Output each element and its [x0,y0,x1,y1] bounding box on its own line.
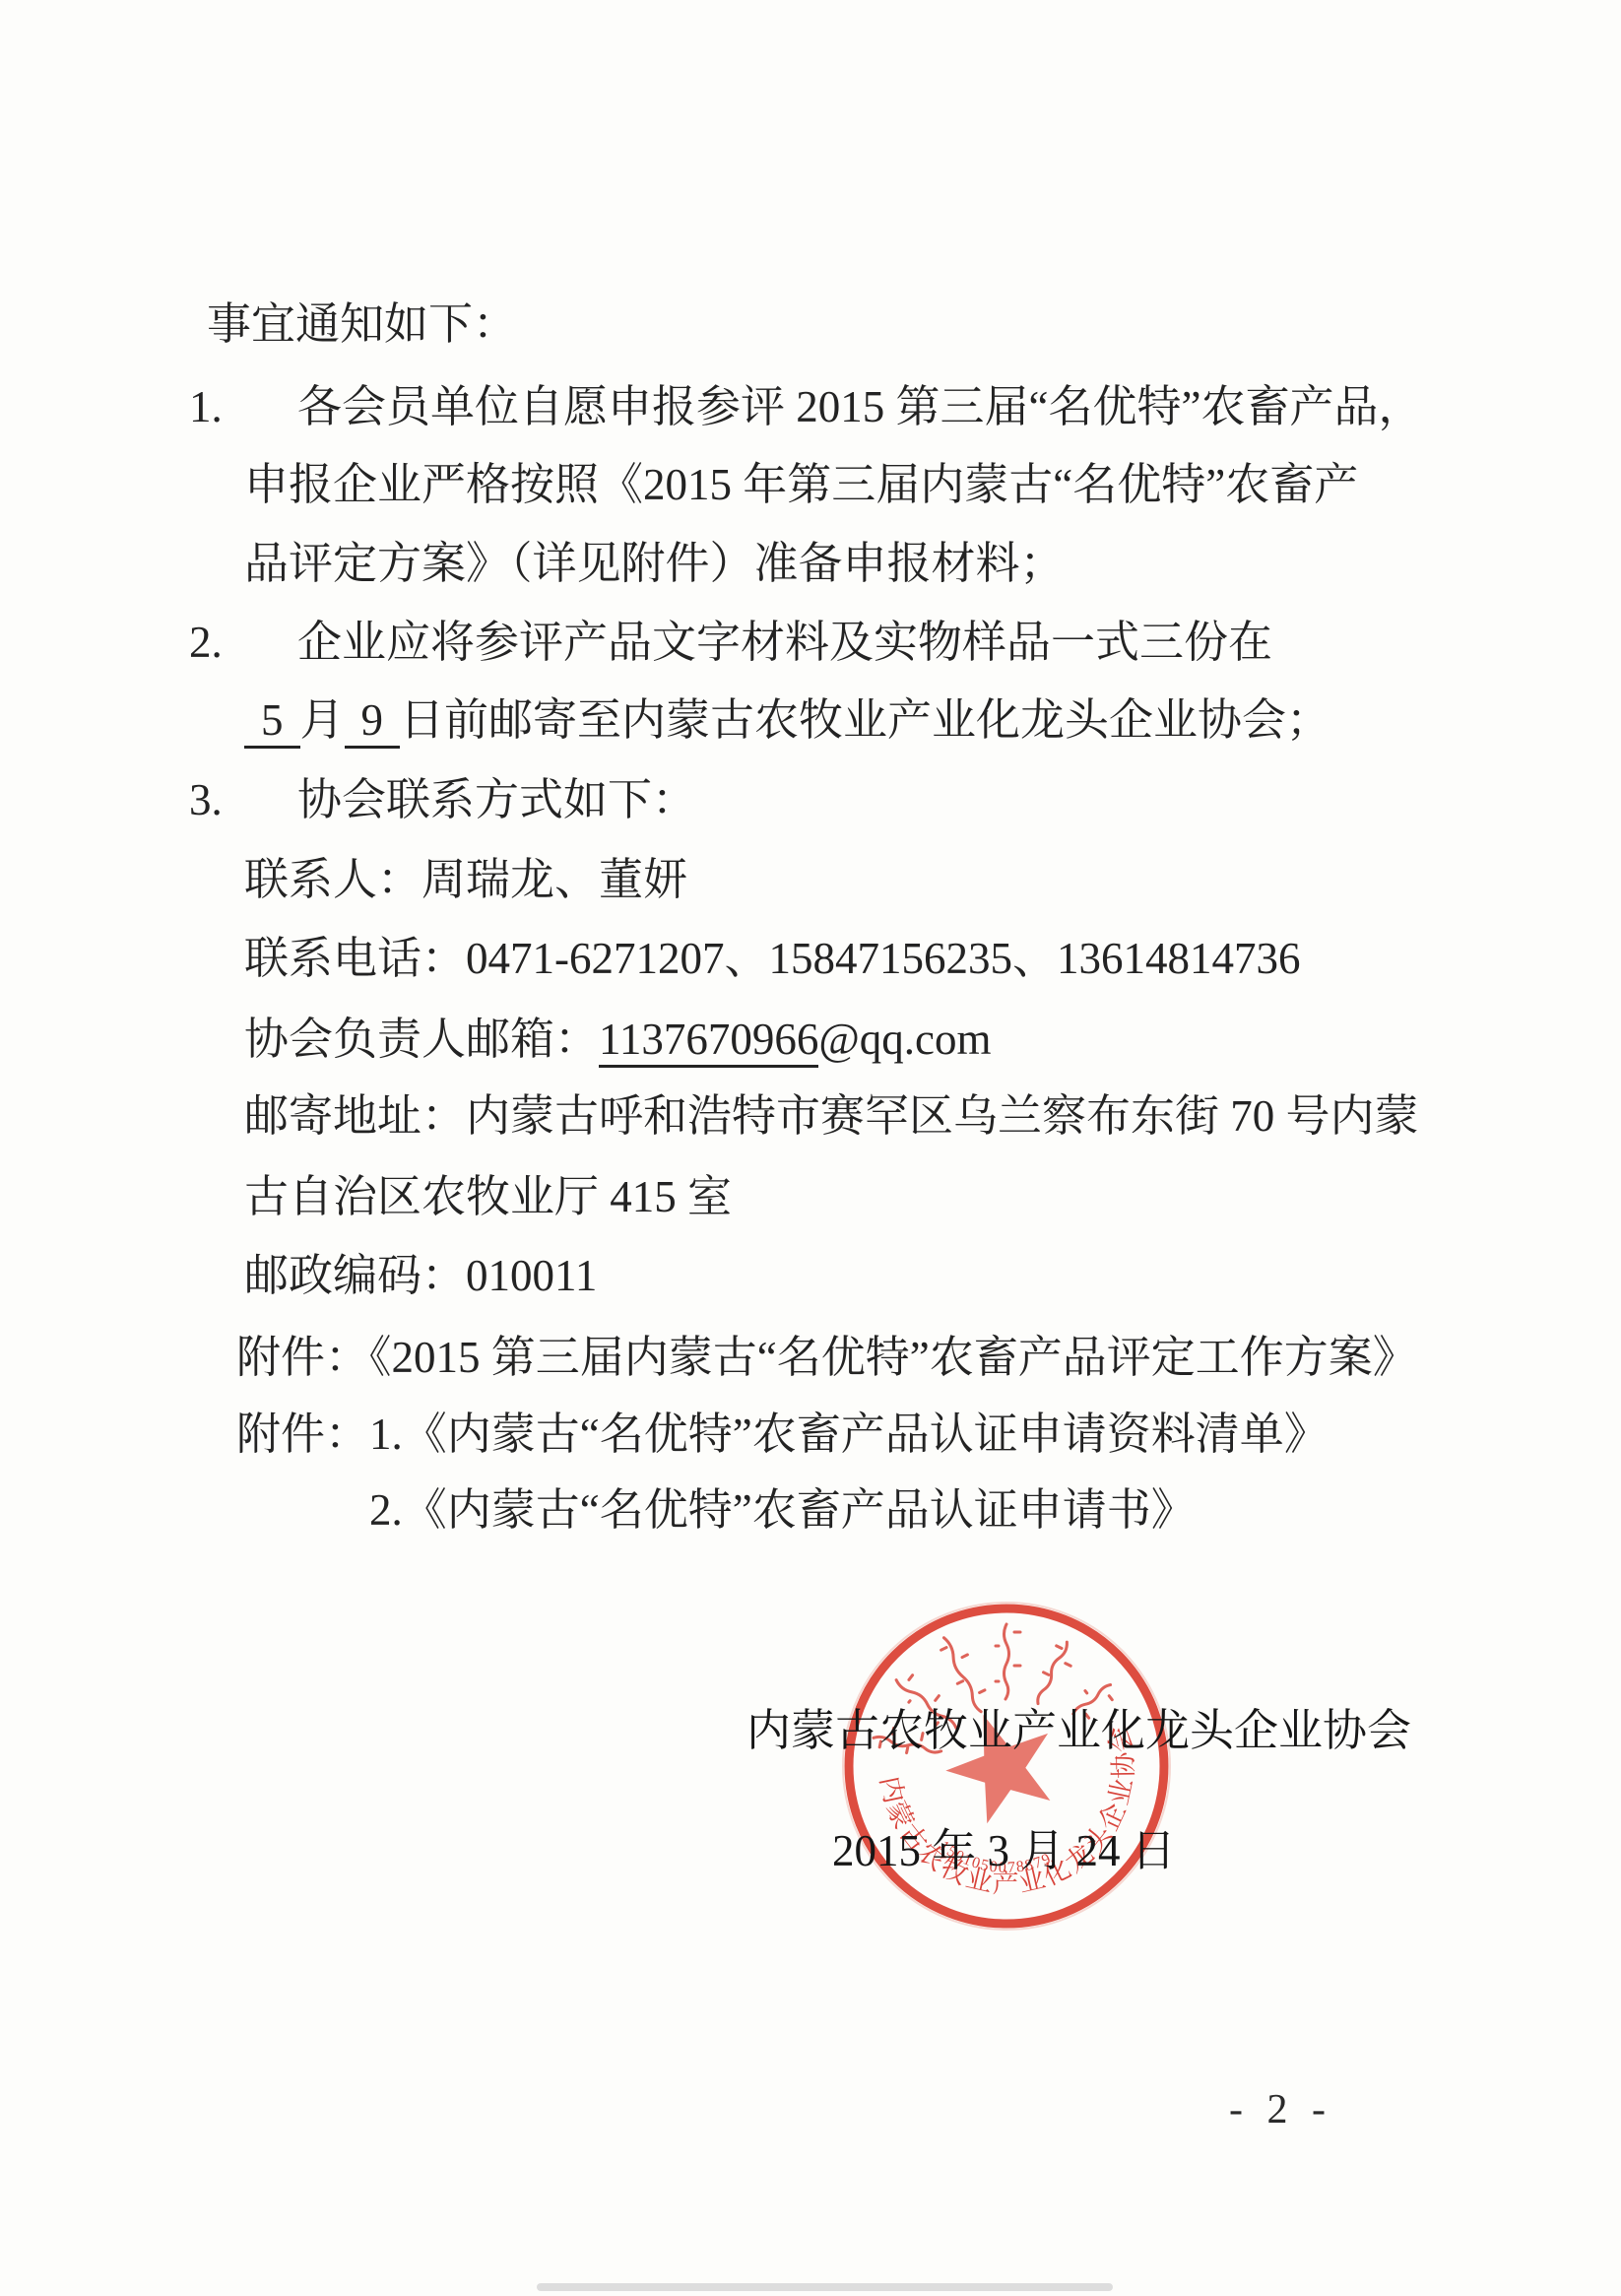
page-number: - 2 - [1229,2086,1332,2133]
item1-line2: 申报企业严格按照《2015 年第三届内蒙古“名优特”农畜产 [244,456,1358,513]
email-domain: @qq.com [818,1015,991,1064]
contact-person-line: 联系人：周瑞龙、董妍 [244,851,687,908]
contact-phone-line: 联系电话：0471-6271207、15847156235、1361481473… [244,930,1301,987]
item2-line2: 5月9日前邮寄至内蒙古农牧业产业化龙头企业协会； [244,691,1330,749]
email-label: 协会负责人邮箱： [244,1015,599,1064]
item2-line2-rest: 日前邮寄至内蒙古农牧业产业化龙头企业协会； [400,695,1330,745]
list-number-1: 1. [189,378,223,435]
item1-line3: 品评定方案》（详见附件）准备申报材料； [244,535,1065,592]
deadline-month-blank: 5 [244,694,300,749]
document-page: 事宜通知如下： 1. 各会员单位自愿申报参评 2015 第三届“名优特”农畜产品… [0,0,1621,2296]
intro-line: 事宜通知如下： [207,295,517,353]
mail-address-line1: 邮寄地址：内蒙古呼和浩特市赛罕区乌兰察布东街 70 号内蒙 [244,1087,1419,1145]
item2-line1: 企业应将参评产品文字材料及实物样品一式三份在 [297,614,1272,671]
item1-line1: 各会员单位自愿申报参评 2015 第三届“名优特”农畜产品， [297,378,1422,435]
attachment-line-2: 2.《内蒙古“名优特”农畜产品认证申请书》 [369,1481,1196,1539]
scan-artifact [537,2283,1113,2291]
item3-line1: 协会联系方式如下： [297,771,696,828]
official-seal: 内蒙古农牧业产业化龙头企业协会 1501050078879 [810,1569,1203,1963]
attachment-line-1: 附件：1.《内蒙古“名优特”农畜产品认证申请资料清单》 [236,1406,1329,1463]
signature-org-line: 内蒙古农牧业产业化龙头企业协会 [746,1702,1411,1759]
email-user: 1137670966 [599,1015,818,1068]
attachment-line-0: 附件：《2015 第三届内蒙古“名优特”农畜产品评定工作方案》 [236,1329,1417,1386]
list-number-3: 3. [189,771,223,828]
seal-graphic: 内蒙古农牧业产业化龙头企业协会 1501050078879 [810,1569,1203,1963]
deadline-day-blank: 9 [345,694,401,749]
postcode-line: 邮政编码：010011 [244,1247,597,1304]
signature-date-line: 2015 年 3 月 24 日 [832,1822,1176,1879]
mail-address-line2: 古自治区农牧业厅 415 室 [244,1168,732,1225]
contact-email-line: 协会负责人邮箱：1137670966@qq.com [244,1011,992,1068]
month-char: 月 [300,695,345,745]
list-number-2: 2. [189,614,223,671]
